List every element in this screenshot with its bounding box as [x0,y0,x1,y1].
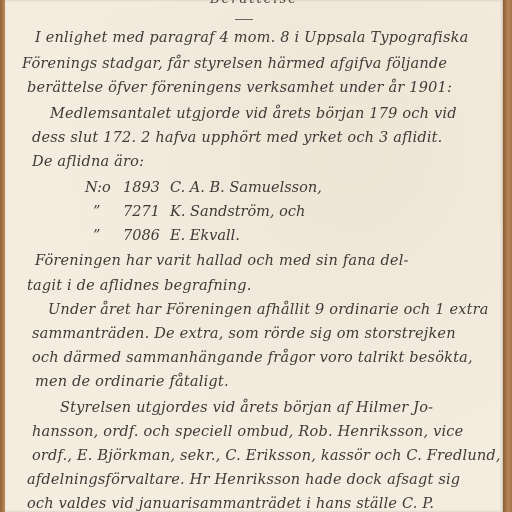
text-line: sammanträden. De extra, som rörde sig om… [32,326,456,342]
text-line: hansson, ordf. och speciell ombud, Rob. … [32,424,463,440]
heading-divider [235,19,253,20]
text-line: Styrelsen utgjordes vid årets början af … [60,400,433,416]
entry-mark: ” [93,228,100,244]
text-line: men de ordinarie fåtaligt. [35,374,229,390]
text-line: Under året har Föreningen afhållit 9 ord… [48,302,489,318]
text-line: De aflidna äro: [32,154,144,170]
text-line: Förenings stadgar, får styrelsen härmed … [22,56,447,72]
entry-mark: ” [93,204,100,220]
entry-number: 7271 [123,204,160,220]
text-line: ordf., E. Björkman, sekr., C. Eriksson, … [32,448,501,464]
entry-name: C. A. B. Samuelsson, [170,180,322,196]
entry-mark: N:o [85,180,111,196]
text-line: berättelse öfver föreningens verksamhet … [27,80,452,96]
entry-number: 7086 [123,228,160,244]
manuscript-page: Berättelse I enlighet med paragraf 4 mom… [5,0,503,512]
entry-name: K. Sandström, och [170,204,305,220]
text-line: Föreningen har varit hallad och med sin … [35,253,409,269]
text-line: och därmed sammanhängande frågor voro ta… [32,350,473,366]
text-line: och valdes vid januarisammanträdet i han… [27,496,434,512]
text-line: tagit i de aflidnes begrafning. [27,278,252,294]
entry-name: E. Ekvall. [170,228,240,244]
backing-board-right [503,0,512,512]
text-line: afdelningsförvaltare. Hr Henriksson hade… [27,472,460,488]
entry-number: 1893 [123,180,160,196]
text-line: Medlemsantalet utgjorde vid årets början… [50,106,457,122]
page-heading: Berättelse [5,0,503,7]
text-line: I enlighet med paragraf 4 mom. 8 i Uppsa… [35,30,468,46]
text-line: dess slut 172. 2 hafva upphört med yrket… [32,130,443,146]
